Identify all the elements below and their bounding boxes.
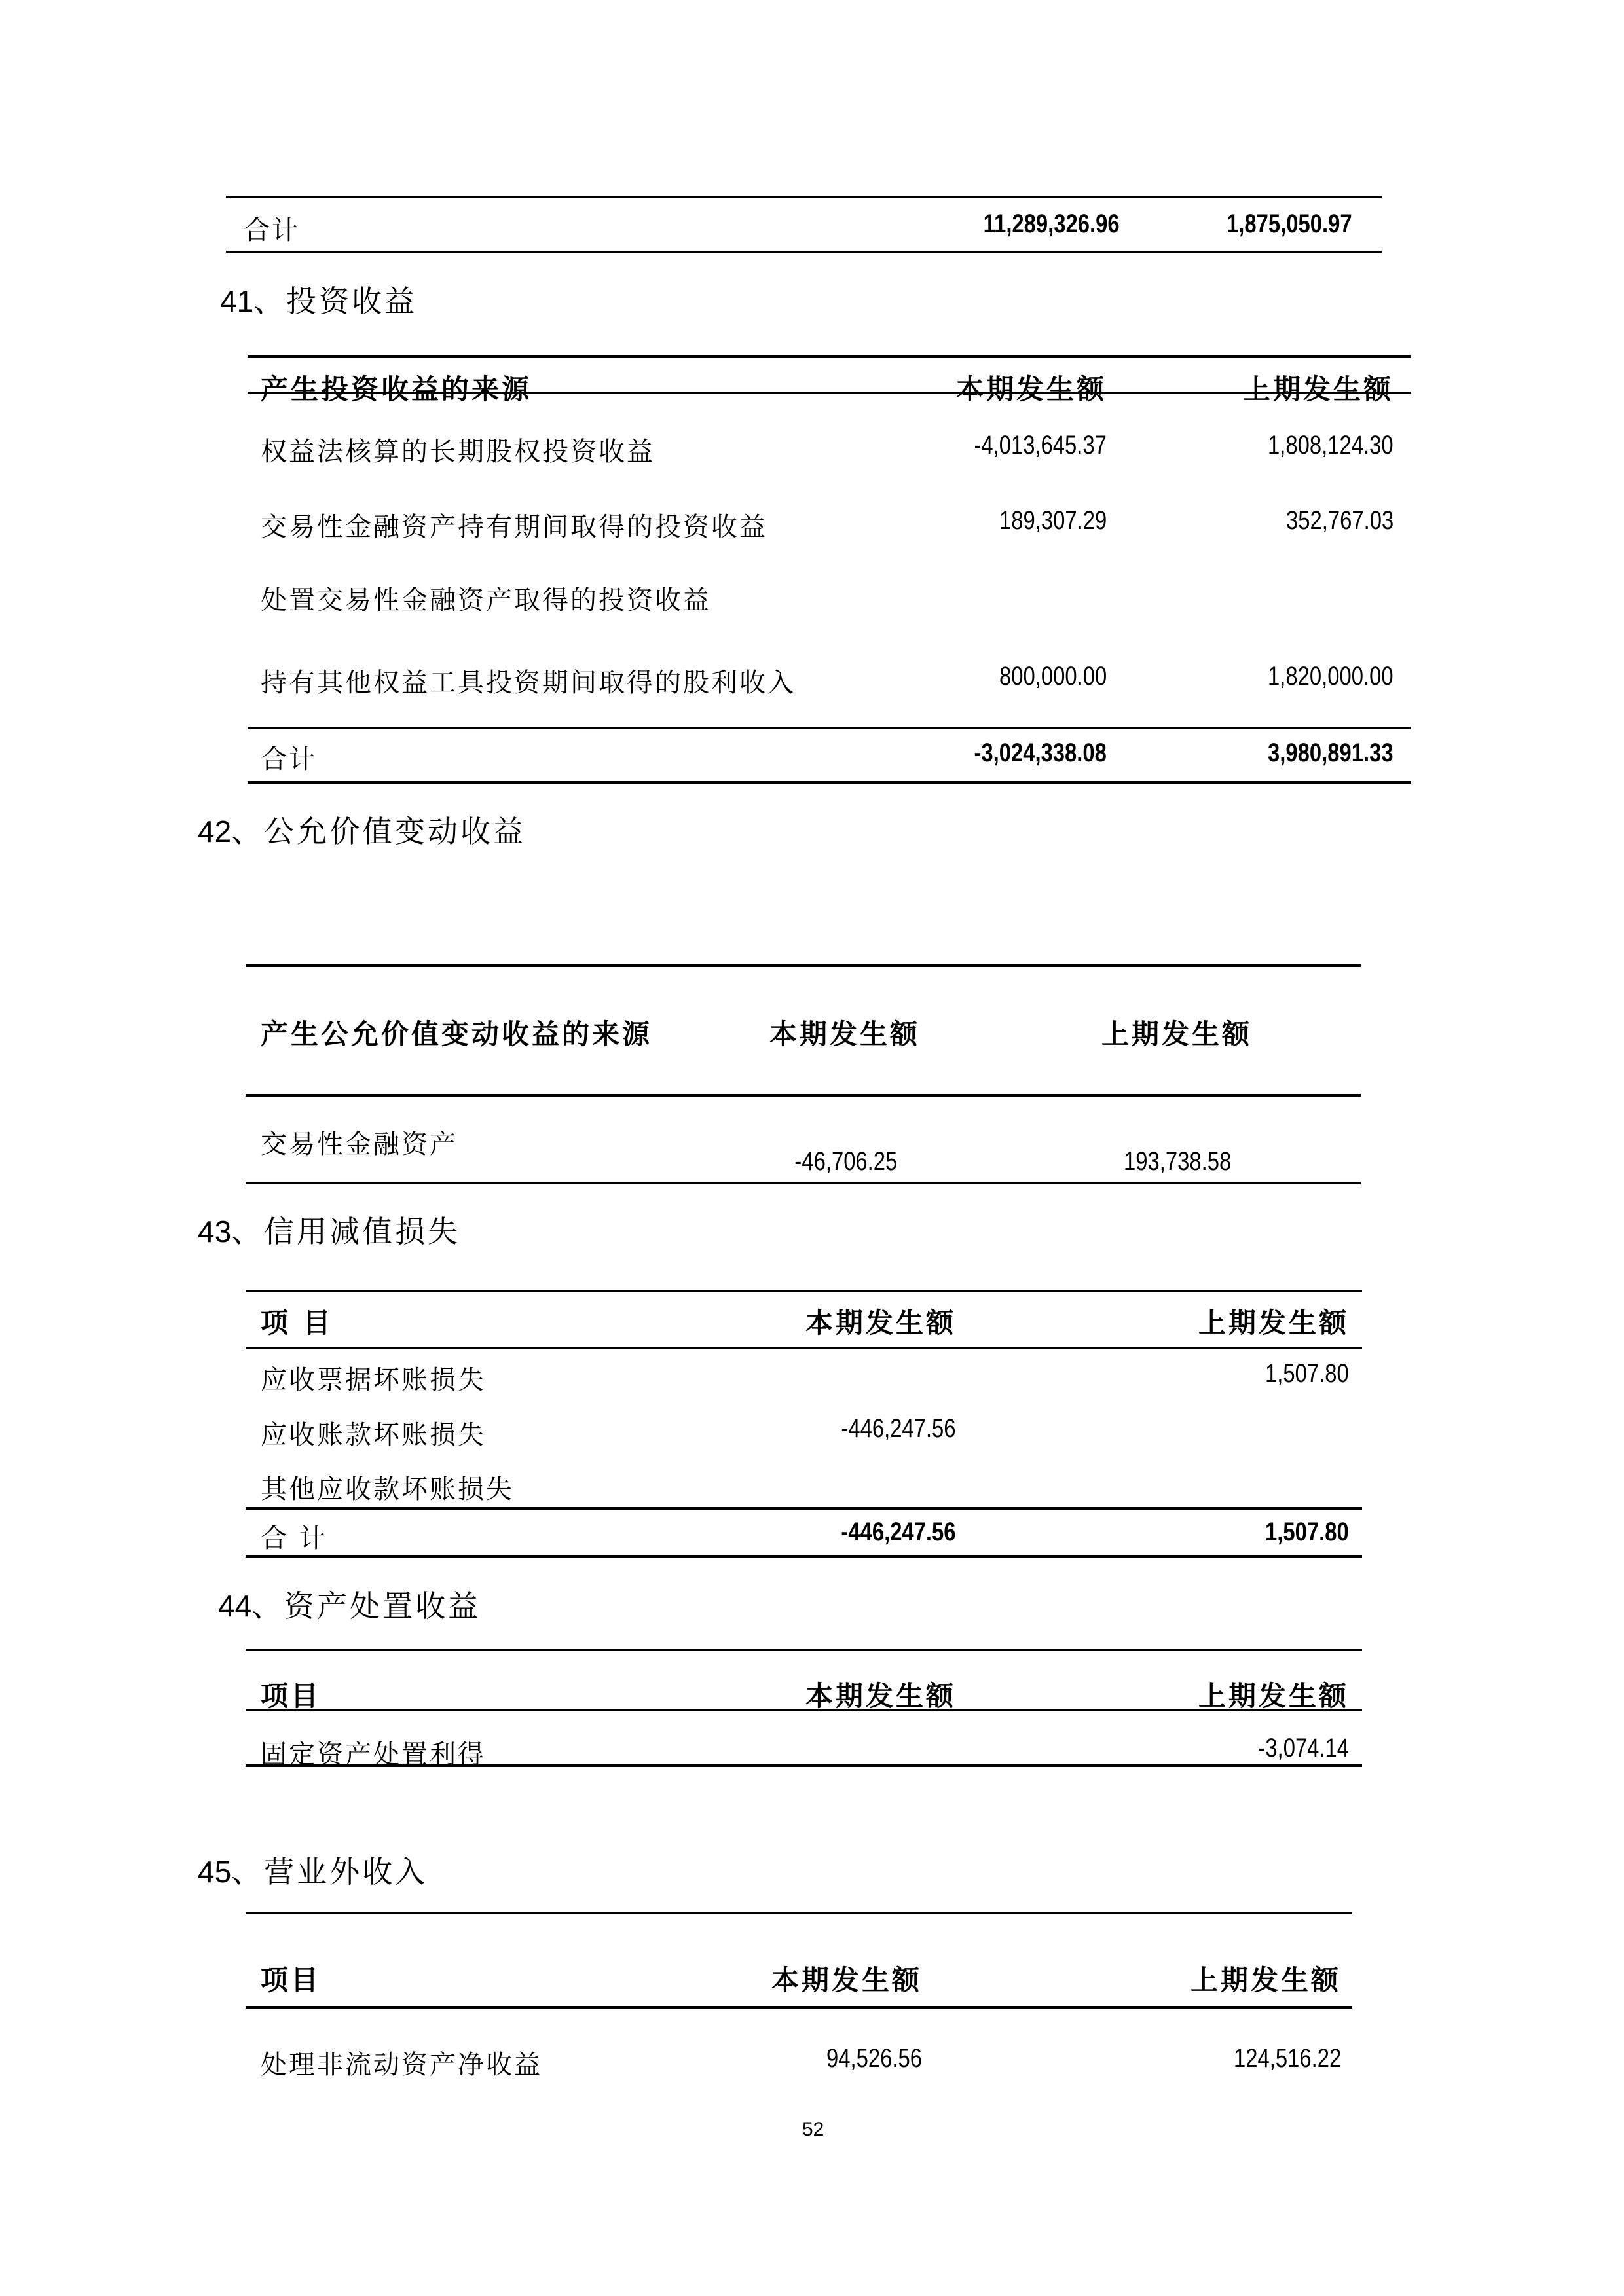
table-rule <box>246 1094 1361 1097</box>
table-rule <box>248 781 1411 784</box>
header-prior: 上期发生额 <box>1243 368 1393 407</box>
section-title-45: 45、营业外收入 <box>198 1848 428 1891</box>
page-number: 52 <box>802 2119 824 2141</box>
row-label: 其他应收款坏账损失 <box>261 1468 514 1506</box>
row-label: 持有其他权益工具投资期间取得的股利收入 <box>261 662 796 699</box>
section-title-42: 42、公允价值变动收益 <box>198 808 526 851</box>
row-current: 800,000.00 <box>999 662 1107 691</box>
header-item: 项目 <box>261 1959 321 1998</box>
row-label: 权益法核算的长期股权投资收益 <box>261 431 655 468</box>
table-rule <box>248 392 1411 394</box>
header-current: 本期发生额 <box>805 1675 956 1714</box>
row-prior: -3,074.14 <box>1258 1734 1349 1763</box>
header-prior: 上期发生额 <box>1198 1302 1349 1341</box>
table-rule <box>246 1507 1362 1510</box>
row-prior: 1,507.80 <box>1265 1359 1349 1389</box>
table-rule <box>246 1182 1361 1184</box>
section-title-43: 43、信用减值损失 <box>198 1208 460 1251</box>
header-current: 本期发生额 <box>805 1302 956 1341</box>
table-rule <box>248 727 1411 729</box>
row-label: 应收票据坏账损失 <box>261 1359 486 1396</box>
total-label: 合计 <box>261 738 317 776</box>
row-prior: 1,820,000.00 <box>1268 662 1393 691</box>
section-title-41: 41、投资收益 <box>220 278 417 321</box>
row-prior: 1,808,124.30 <box>1268 431 1393 460</box>
table-rule <box>246 964 1361 967</box>
total-current: -446,247.56 <box>841 1518 956 1547</box>
table-rule <box>246 1764 1362 1767</box>
header-item: 项 目 <box>261 1302 333 1341</box>
row-prior: 193,738.58 <box>1124 1147 1231 1176</box>
table-rule <box>246 1709 1362 1711</box>
row-current: 94,526.56 <box>826 2044 922 2073</box>
total-prior: 3,980,891.33 <box>1268 738 1393 768</box>
table-rule <box>226 251 1382 253</box>
row-prior: 124,516.22 <box>1234 2044 1341 2073</box>
total-label: 合 计 <box>261 1518 327 1555</box>
table-rule <box>248 355 1411 358</box>
header-current: 本期发生额 <box>771 1959 922 1998</box>
header-prior: 上期发生额 <box>1190 1959 1341 1998</box>
header-item: 项目 <box>261 1675 321 1714</box>
row-current: -46,706.25 <box>794 1147 897 1176</box>
table-rule <box>246 1347 1362 1349</box>
row-prior: 352,767.03 <box>1286 506 1393 536</box>
section-title-44: 44、资产处置收益 <box>218 1582 481 1626</box>
row-label: 交易性金融资产持有期间取得的投资收益 <box>261 506 767 543</box>
row-current: 189,307.29 <box>999 506 1107 536</box>
row-label: 处置交易性金融资产取得的投资收益 <box>261 579 711 617</box>
header-prior: 上期发生额 <box>1198 1675 1349 1714</box>
total-prior: 1,875,050.97 <box>1227 210 1352 239</box>
table-rule <box>246 1555 1362 1558</box>
row-label: 应收账款坏账损失 <box>261 1414 486 1451</box>
header-current: 本期发生额 <box>956 368 1107 407</box>
header-current: 本期发生额 <box>769 1013 920 1052</box>
table-rule <box>246 1912 1352 1914</box>
table-rule <box>246 2006 1352 2009</box>
table-rule <box>246 1649 1362 1651</box>
row-current: -4,013,645.37 <box>974 431 1107 460</box>
table-rule <box>246 1290 1362 1292</box>
total-current: -3,024,338.08 <box>974 738 1107 768</box>
row-current: -446,247.56 <box>841 1414 956 1444</box>
table-rule <box>226 196 1382 198</box>
total-prior: 1,507.80 <box>1265 1518 1349 1547</box>
row-label: 处理非流动资产净收益 <box>261 2044 542 2081</box>
total-current: 11,289,326.96 <box>984 210 1120 239</box>
header-source: 产生投资收益的来源 <box>261 368 532 407</box>
total-label: 合计 <box>244 210 300 247</box>
header-source: 产生公允价值变动收益的来源 <box>261 1013 652 1052</box>
header-prior: 上期发生额 <box>1101 1013 1252 1052</box>
row-label: 交易性金融资产 <box>261 1123 458 1161</box>
